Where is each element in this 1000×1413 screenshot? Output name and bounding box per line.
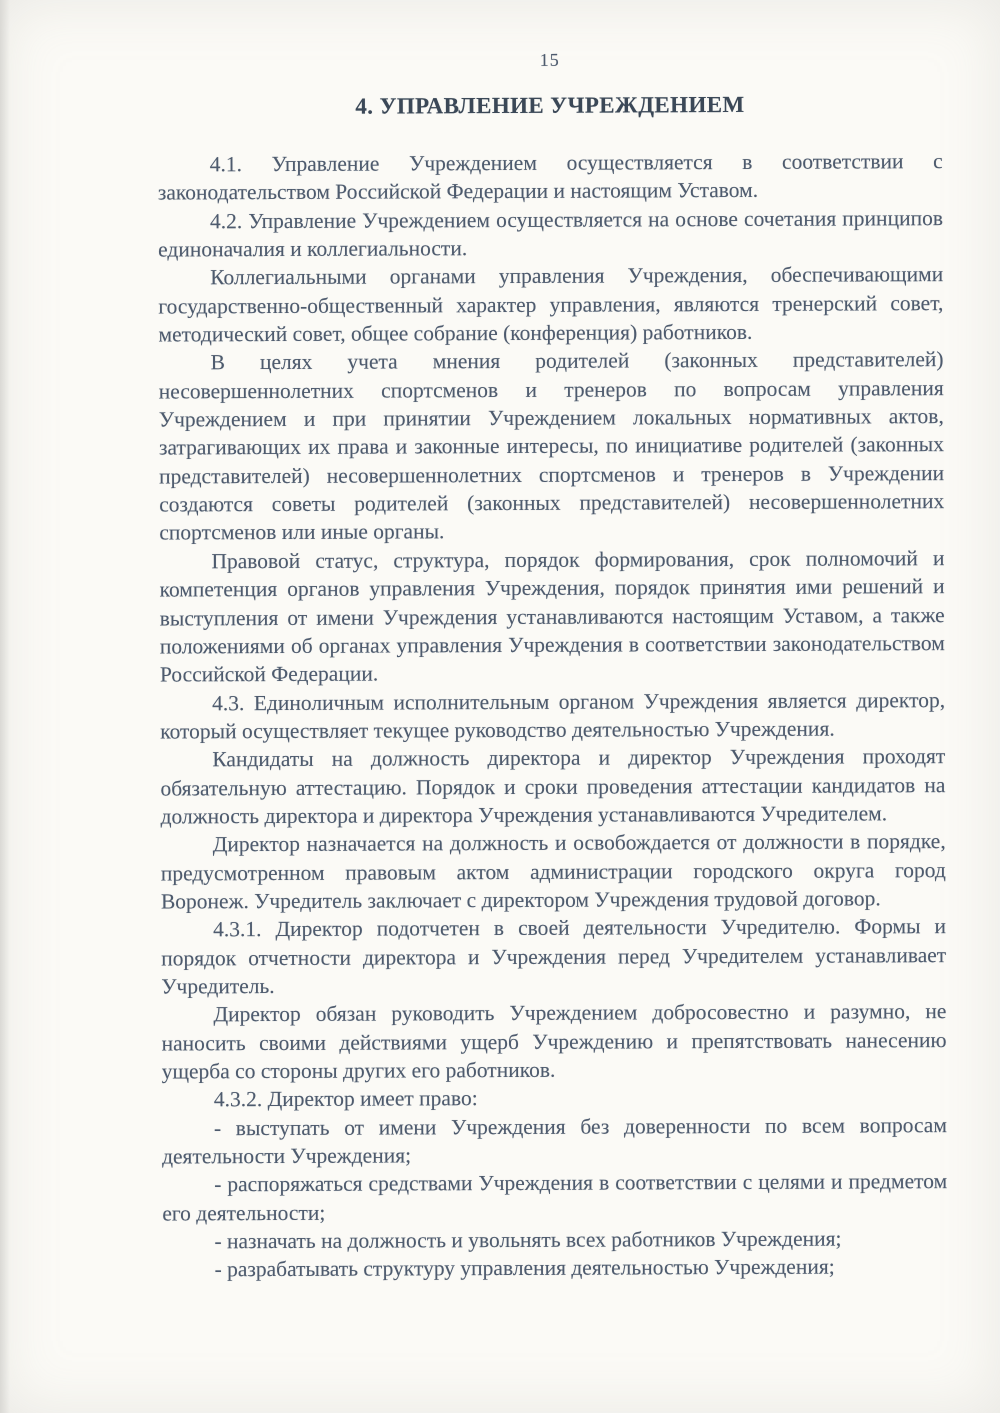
page-number: 15 [157,48,942,72]
paragraph: - выступать от имени Учреждения без дове… [162,1111,947,1171]
paragraph: - назначать на должность и увольнять все… [162,1224,947,1256]
document-body: 4.1. Управление Учреждением осуществляет… [158,147,948,1284]
paragraph: Коллегиальными органами управления Учреж… [158,260,943,348]
scanned-page: 15 4. УПРАВЛЕНИЕ УЧРЕЖДЕНИЕМ 4.1. Управл… [0,0,1000,1413]
paragraph: 4.1. Управление Учреждением осуществляет… [158,147,943,207]
paragraph: 4.3.2. Директор имеет право: [162,1082,947,1114]
paragraph: 4.3.1. Директор подотчетен в своей деяте… [161,912,946,1000]
paragraph: - разрабатывать структуру управления дея… [162,1252,947,1284]
paragraph: В целях учета мнения родителей (законных… [159,345,945,547]
paragraph: 4.2. Управление Учреждением осуществляет… [158,204,943,264]
paragraph: Директор назначается на должность и осво… [161,827,946,915]
paragraph: Директор обязан руководить Учреждением д… [161,997,946,1085]
paragraph: 4.3. Единоличным исполнительным органом … [160,686,945,746]
paragraph: Кандидаты на должность директора и дирек… [160,742,945,830]
paragraph: Правовой статус, структура, порядок форм… [159,544,945,689]
paragraph: - распоряжаться средствами Учреждения в … [162,1167,947,1227]
page-content: 15 4. УПРАВЛЕНИЕ УЧРЕЖДЕНИЕМ 4.1. Управл… [0,0,1000,1285]
section-title: 4. УПРАВЛЕНИЕ УЧРЕЖДЕНИЕМ [157,91,942,120]
